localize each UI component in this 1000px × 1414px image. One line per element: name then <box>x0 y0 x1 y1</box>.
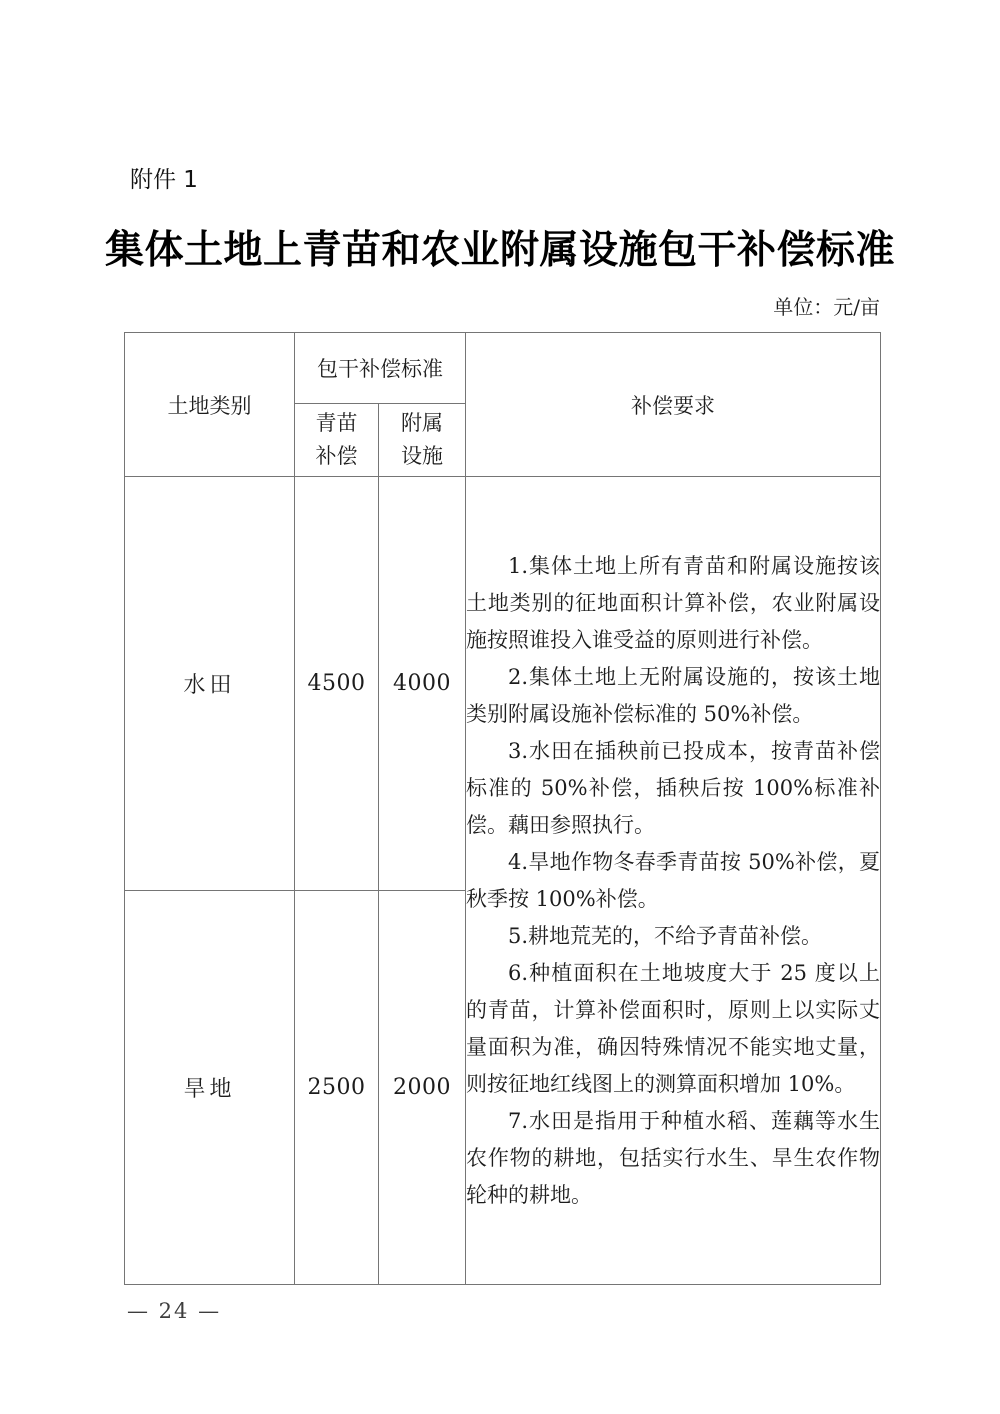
requirement-item-6: 6.种植面积在土地坡度大于 25 度以上的青苗，计算补偿面积时，原则上以实际丈量… <box>466 955 880 1103</box>
header-seedling-compensation: 青苗 补偿 <box>295 404 379 477</box>
header-requirements: 补偿要求 <box>466 333 881 477</box>
land-type-dry: 旱地 <box>125 891 295 1285</box>
header-land-type: 土地类别 <box>125 333 295 477</box>
dry-seedling-value: 2500 <box>295 891 379 1285</box>
paddy-seedling-value: 4500 <box>295 477 379 891</box>
requirement-item-2: 2.集体土地上无附属设施的，按该土地类别附属设施补偿标准的 50%补偿。 <box>466 659 880 733</box>
paddy-facilities-value: 4000 <box>379 477 466 891</box>
land-type-paddy: 水田 <box>125 477 295 891</box>
compensation-table: 土地类别 包干补偿标准 补偿要求 青苗 补偿 附属 设施 水田 4500 400… <box>124 332 881 1285</box>
header-attached-facilities: 附属 设施 <box>379 404 466 477</box>
document-page: 附件 1 集体土地上青苗和农业附属设施包干补偿标准 单位：元/亩 土地类别 包干… <box>0 0 1000 1414</box>
requirement-item-7: 7.水田是指用于种植水稻、莲藕等水生农作物的耕地，包括实行水生、旱生农作物轮种的… <box>466 1103 880 1214</box>
page-number: — 24 — <box>127 1299 221 1323</box>
requirement-item-4: 4.旱地作物冬春季青苗按 50%补偿，夏秋季按 100%补偿。 <box>466 844 880 918</box>
page-title: 集体土地上青苗和农业附属设施包干补偿标准 <box>60 219 940 275</box>
requirement-item-5: 5.耕地荒芜的，不给予青苗补偿。 <box>466 918 880 955</box>
header-package-standard: 包干补偿标准 <box>295 333 466 404</box>
requirements-cell: 1.集体土地上所有青苗和附属设施按该土地类别的征地面积计算补偿，农业附属设施按照… <box>466 477 881 1285</box>
requirement-item-3: 3.水田在插秧前已投成本，按青苗补偿标准的 50%补偿，插秧后按 100%标准补… <box>466 733 880 844</box>
header-row-top: 土地类别 包干补偿标准 补偿要求 <box>125 333 881 404</box>
dry-facilities-value: 2000 <box>379 891 466 1285</box>
unit-note: 单位：元/亩 <box>124 291 880 320</box>
table-row: 水田 4500 4000 1.集体土地上所有青苗和附属设施按该土地类别的征地面积… <box>125 477 881 891</box>
requirement-item-1: 1.集体土地上所有青苗和附属设施按该土地类别的征地面积计算补偿，农业附属设施按照… <box>466 548 880 659</box>
attachment-label: 附件 1 <box>130 161 198 194</box>
